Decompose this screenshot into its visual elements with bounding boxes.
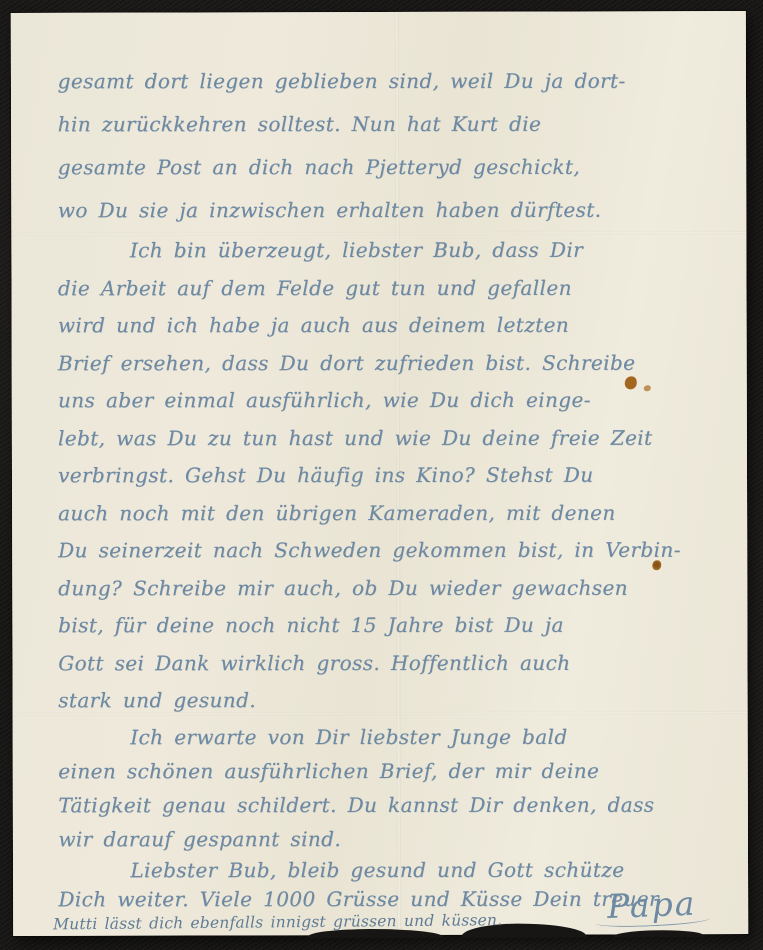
paragraph: Ich bin überzeugt, liebster Bub, dass Di… [58,232,725,720]
paragraph: gesamt dort liegen geblieben sind, weil … [58,60,725,233]
handwriting-line: lebt, was Du zu tun hast und wie Du dein… [58,419,725,457]
handwriting-line: uns aber einmal ausführlich, wie Du dich… [58,382,725,420]
handwriting-line: hin zurückkehren solltest. Nun hat Kurt … [58,103,725,147]
handwriting-line: Ich erwarte von Dir liebster Junge bald [58,719,725,754]
handwriting-line: Tätigkeit genau schildert. Du kannst Dir… [58,787,725,822]
closing-line: Mutti lässt dich ebenfalls innigst grüss… [53,911,502,933]
paragraph: Ich erwarte von Dir liebster Junge balde… [58,719,725,856]
handwriting-line: bist, für deine noch nicht 15 Jahre bist… [58,607,725,645]
handwriting-line: Brief ersehen, dass Du dort zufrieden bi… [58,344,725,382]
letter-body: gesamt dort liegen geblieben sind, weil … [58,60,726,914]
handwriting-line: wir darauf gespannt sind. [58,821,725,856]
signature: Papa [606,884,697,926]
handwriting-line: Liebster Bub, bleib gesund und Gott schü… [58,855,725,885]
handwriting-line: wo Du sie ja inzwischen erhalten haben d… [58,189,725,233]
photo-background: { "letter": { "paragraphs": [ { "indent_… [0,0,763,950]
handwriting-line: wird und ich habe ja auch aus deinem let… [58,307,725,345]
handwriting-line: die Arbeit auf dem Felde gut tun und gef… [58,269,725,307]
handwriting-line: Gott sei Dank wirklich gross. Hoffentlic… [58,644,725,682]
handwriting-line: einen schönen ausführlichen Brief, der m… [58,753,725,788]
letter-page: gesamt dort liegen geblieben sind, weil … [11,11,748,936]
handwriting-line: gesamt dort liegen geblieben sind, weil … [58,60,725,104]
handwriting-line: auch noch mit den übrigen Kameraden, mit… [58,494,725,532]
handwriting-line: verbringst. Gehst Du häufig ins Kino? St… [58,457,725,495]
handwriting-line: gesamte Post an dich nach Pjetteryd gesc… [58,146,725,190]
handwriting-line: dung? Schreibe mir auch, ob Du wieder ge… [58,569,725,607]
torn-edge [613,930,703,937]
handwriting-line: Ich bin überzeugt, liebster Bub, dass Di… [58,232,725,270]
handwriting-line: stark und gesund. [58,682,725,720]
handwriting-line: Du seinerzeit nach Schweden gekommen bis… [58,532,725,570]
